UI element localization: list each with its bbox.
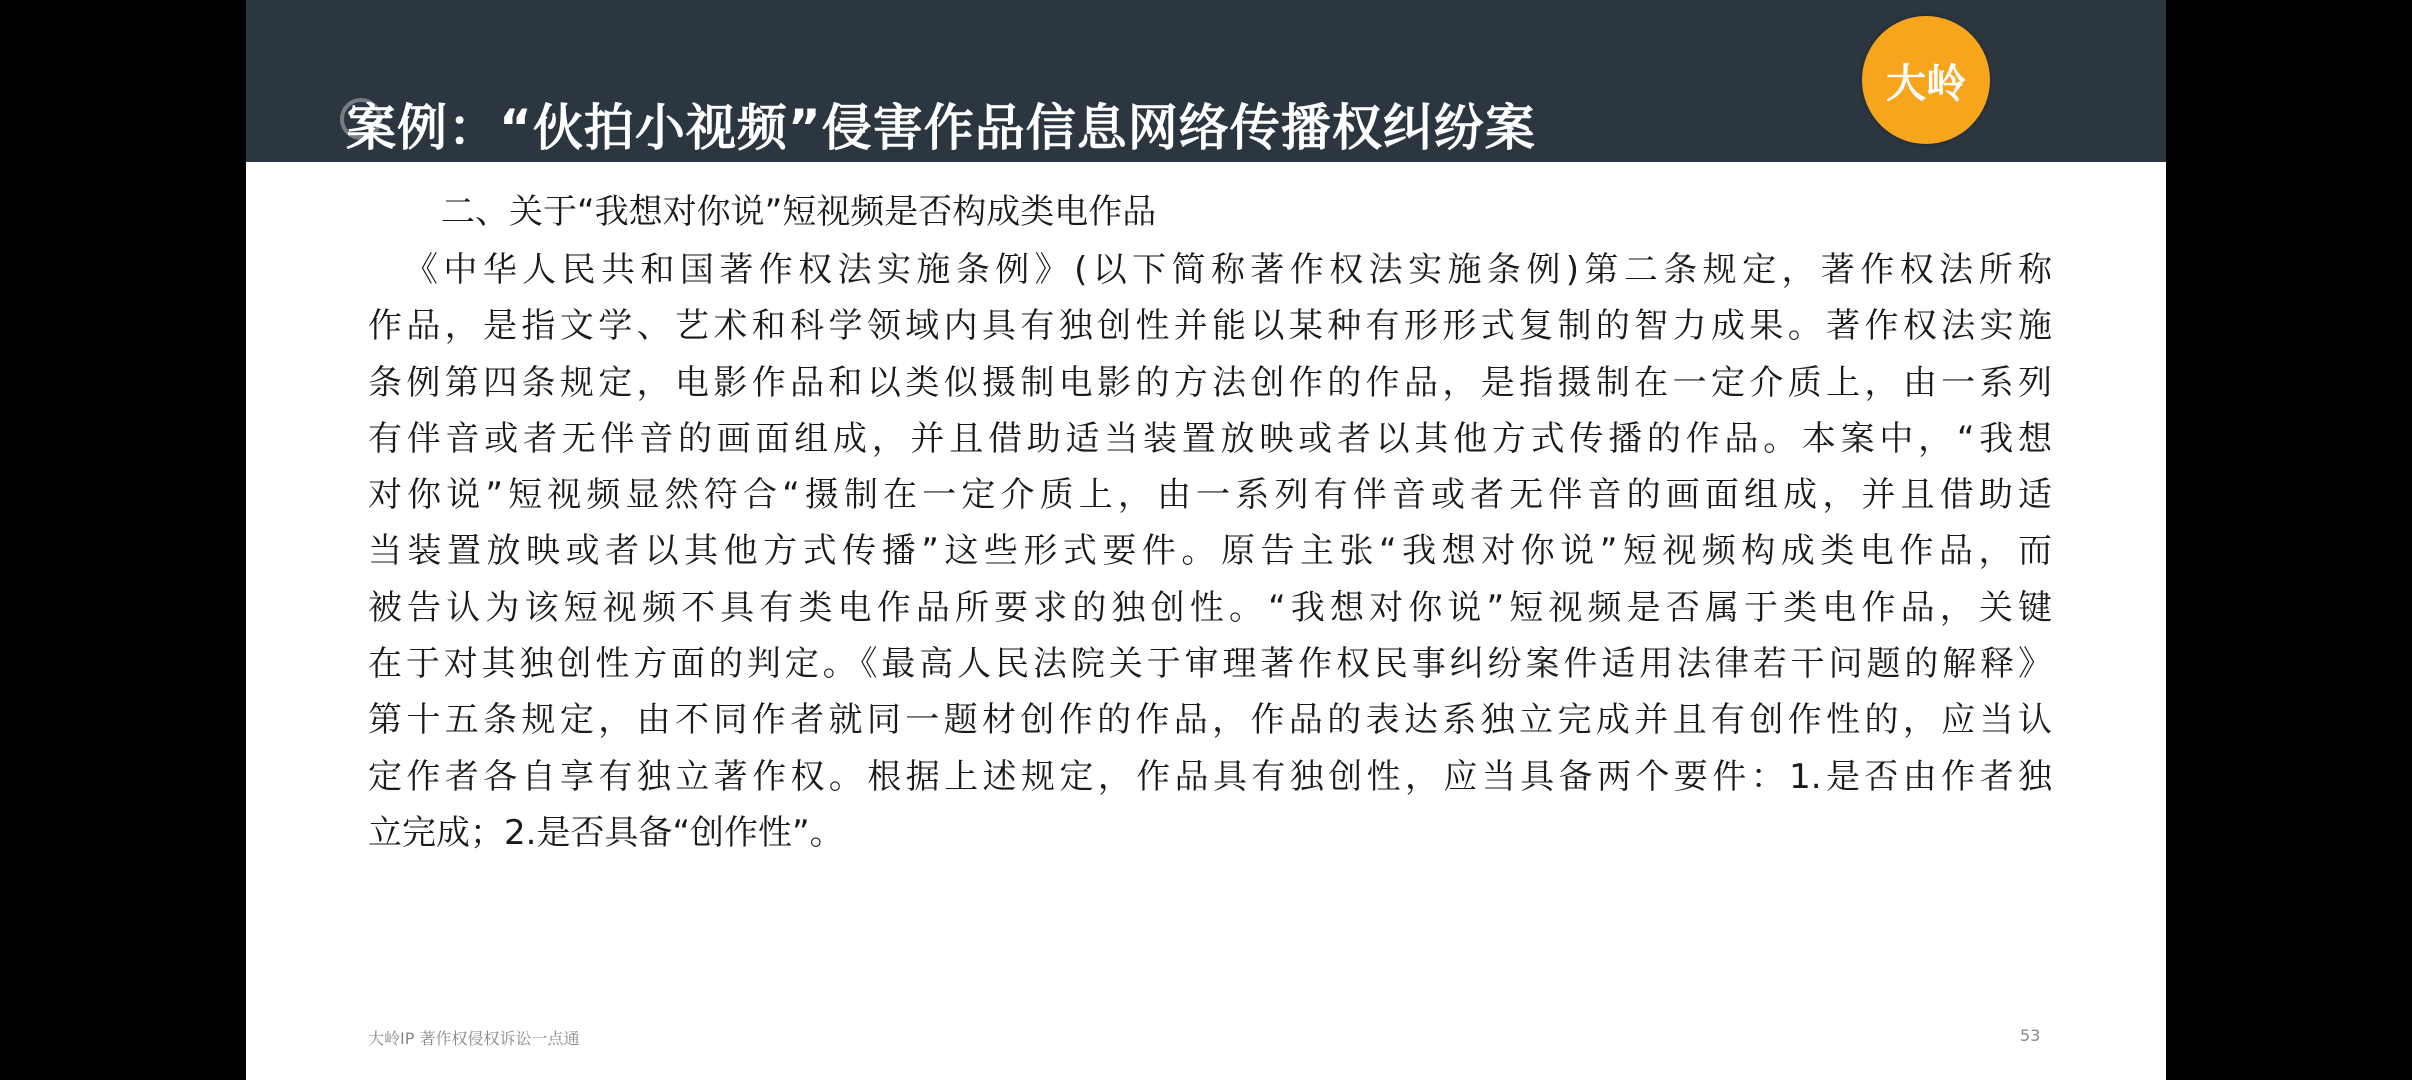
body-line: 第十五条规定，由不同作者就同一题材创作的作品，作品的表达系独立完成并且有创作性的…: [368, 692, 2052, 748]
body-line: 在于对其独创性方面的判定。《最高人民法院关于审理著作权民事纠纷案件适用法律若干问…: [368, 636, 2052, 692]
body-line: 定作者各自享有独立著作权。根据上述规定，作品具有独创性，应当具备两个要件：1.是…: [368, 749, 2052, 805]
body-line: 被告认为该短视频不具有类电作品所要求的独创性。“我想对你说”短视频是否属于类电作…: [368, 580, 2052, 636]
presentation-slide: 案例：“伙拍小视频”侵害作品信息网络传播权纠纷案 大岭 二、关于“我想对你说”短…: [246, 0, 2166, 1080]
body-line: 条例第四条规定，电影作品和以类似摄制电影的方法创作的作品，是指摄制在一定介质上，…: [368, 355, 2052, 411]
slide-title: 案例：“伙拍小视频”侵害作品信息网络传播权纠纷案: [346, 88, 1536, 160]
body-line: 对你说”短视频显然符合“摄制在一定介质上，由一系列有伴音或者无伴音的画面组成，并…: [368, 467, 2052, 523]
body-line: 《中华人民共和国著作权法实施条例》(以下简称著作权法实施条例)第二条规定，著作权…: [368, 242, 2052, 298]
video-viewport: 案例：“伙拍小视频”侵害作品信息网络传播权纠纷案 大岭 二、关于“我想对你说”短…: [0, 0, 2412, 1080]
footer-source-label: 大岭IP 著作权侵权诉讼一点通: [368, 1026, 579, 1049]
body-line: 当装置放映或者以其他方式传播”这些形式要件。原告主张“我想对你说”短视频构成类电…: [368, 523, 2052, 579]
body-line: 有伴音或者无伴音的画面组成，并且借助适当装置放映或者以其他方式传播的作品。本案中…: [368, 411, 2052, 467]
body-paragraph: 《中华人民共和国著作权法实施条例》(以下简称著作权法实施条例)第二条规定，著作权…: [368, 242, 2052, 861]
page-number: 53: [2020, 1026, 2040, 1045]
slide-content: 二、关于“我想对你说”短视频是否构成类电作品 《中华人民共和国著作权法实施条例》…: [368, 182, 2052, 861]
brand-logo-badge: 大岭: [1862, 16, 1990, 144]
body-line: 作品，是指文学、艺术和科学领域内具有独创性并能以某种有形形式复制的智力成果。著作…: [368, 298, 2052, 354]
section-heading: 二、关于“我想对你说”短视频是否构成类电作品: [368, 182, 2052, 242]
body-line: 立完成；2.是否具备“创作性”。: [368, 805, 2052, 861]
slide-header-band: 案例：“伙拍小视频”侵害作品信息网络传播权纠纷案 大岭: [246, 0, 2166, 162]
